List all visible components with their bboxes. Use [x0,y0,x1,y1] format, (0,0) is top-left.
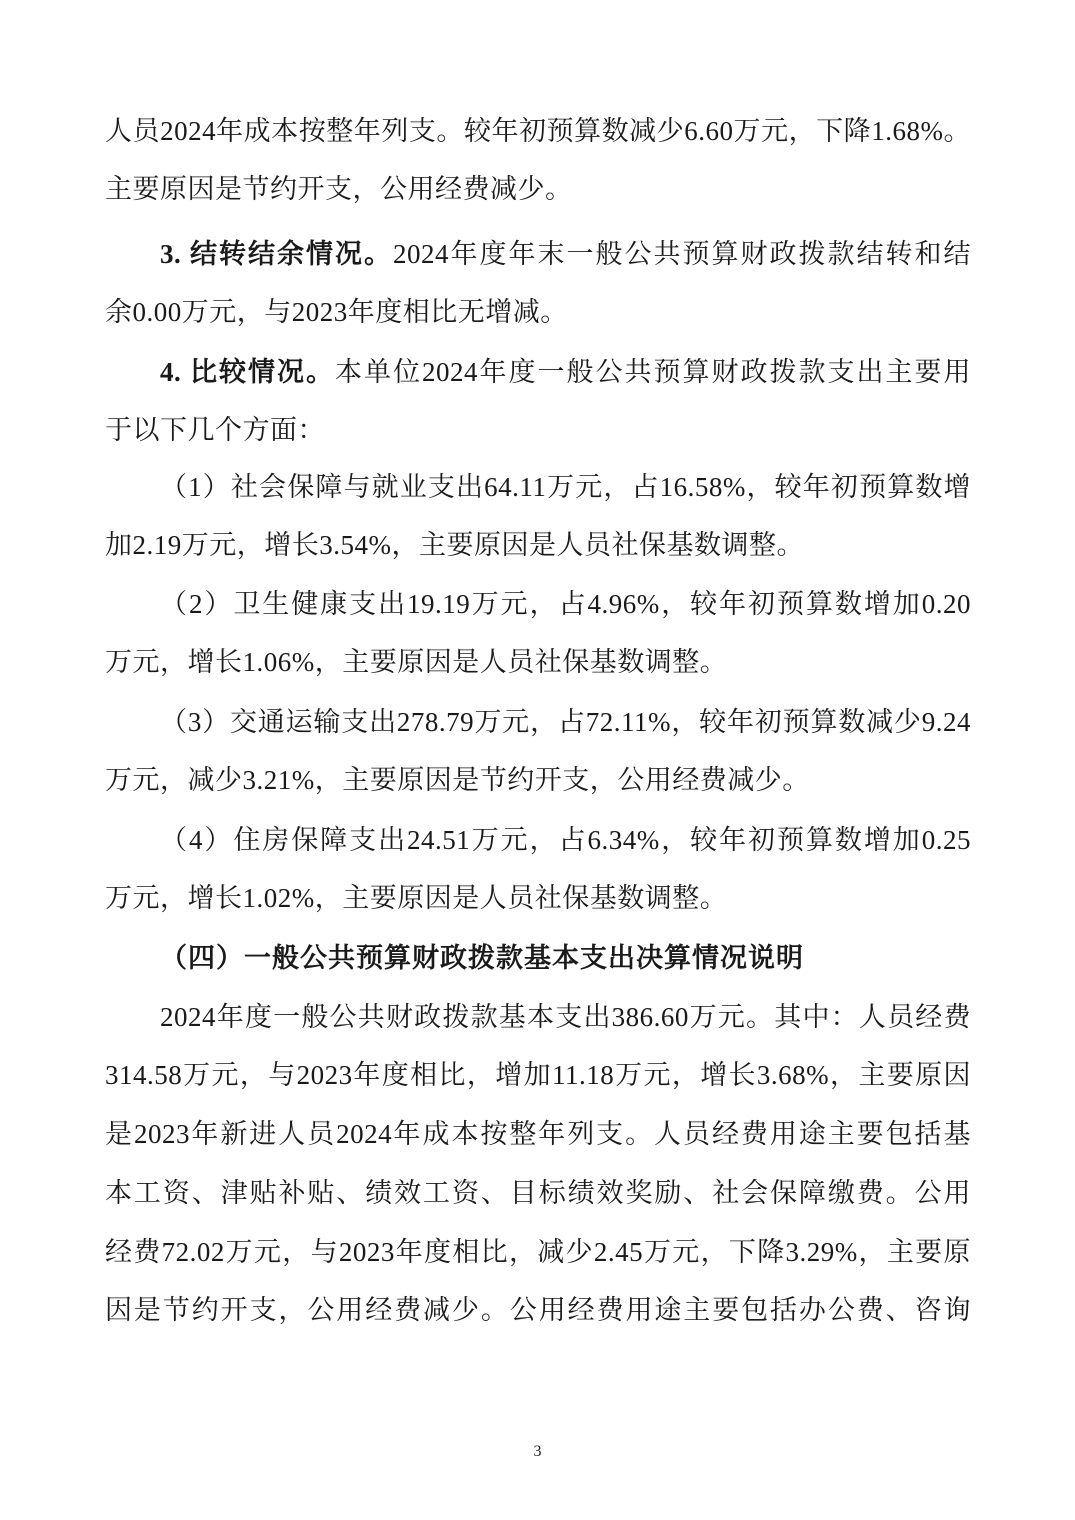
paragraph-line: 因是节约开支，公用经费减少。公用经费用途主要包括办公费、咨询 [105,1293,971,1327]
paragraph-line: 于以下几个方面： [105,413,971,447]
paragraph-line: 余0.00万元，与2023年度相比无增减。 [105,295,971,329]
paragraph-line: 是2023年新进人员2024年成本按整年列支。人员经费用途主要包括基 [105,1117,971,1151]
paragraph-line: 经费72.02万元，与2023年度相比，减少2.45万元，下降3.29%，主要原 [105,1235,971,1269]
section-heading: （四）一般公共预算财政拨款基本支出决算情况说明 [160,941,804,975]
paragraph-line: （1）社会保障与就业支出64.11万元，占16.58%，较年初预算数增 [160,470,971,504]
paragraph-line: 人员2024年成本按整年列支。较年初预算数减少6.60万元，下降1.68%。 [105,114,971,148]
paragraph-line: 万元，减少3.21%，主要原因是节约开支，公用经费减少。 [105,763,971,797]
paragraph-line: （3）交通运输支出278.79万元，占72.11%，较年初预算数减少9.24 [160,705,971,739]
page-number: 3 [0,1443,1075,1461]
paragraph-line: （2）卫生健康支出19.19万元，占4.96%，较年初预算数增加0.20 [160,587,971,621]
paragraph-text: 本单位2024年度一般公共预算财政拨款支出主要用 [335,357,971,387]
paragraph-line: （4）住房保障支出24.51万元，占6.34%，较年初预算数增加0.25 [160,823,971,857]
subheading-label: 3. 结转结余情况。 [160,239,393,269]
paragraph-line: 3. 结转结余情况。2024年度年末一般公共预算财政拨款结转和结 [160,237,971,271]
paragraph-line: 加2.19万元，增长3.54%，主要原因是人员社保基数调整。 [105,528,971,562]
paragraph-text: 2024年度年末一般公共预算财政拨款结转和结 [393,239,971,269]
paragraph-line: 314.58万元，与2023年度相比，增加11.18万元，增长3.68%，主要原… [105,1058,971,1092]
paragraph-line: 4. 比较情况。本单位2024年度一般公共预算财政拨款支出主要用 [160,355,971,389]
paragraph-line: 万元，增长1.06%，主要原因是人员社保基数调整。 [105,645,971,679]
subheading-label: 4. 比较情况。 [160,357,335,387]
paragraph-line: 主要原因是节约开支，公用经费减少。 [105,172,971,206]
paragraph-line: 2024年度一般公共财政拨款基本支出386.60万元。其中：人员经费 [160,1000,971,1034]
document-page: 人员2024年成本按整年列支。较年初预算数减少6.60万元，下降1.68%。 主… [0,0,1075,1520]
paragraph-line: 本工资、津贴补贴、绩效工资、目标绩效奖励、社会保障缴费。公用 [105,1176,971,1210]
paragraph-line: 万元，增长1.02%，主要原因是人员社保基数调整。 [105,881,971,915]
